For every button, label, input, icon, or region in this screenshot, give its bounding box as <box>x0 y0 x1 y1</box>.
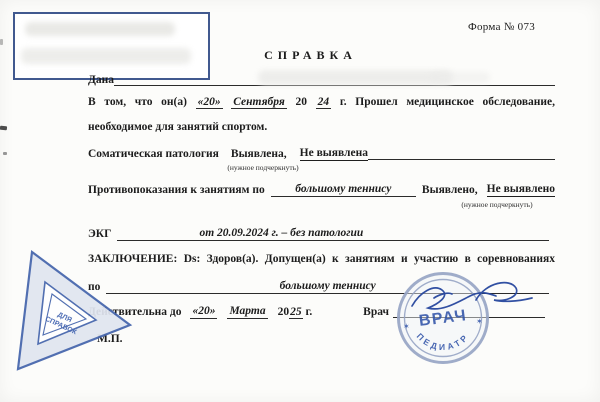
triangle-stamp-for-certificates: ДЛЯ СПРАВОК <box>8 243 143 383</box>
scan-artifact <box>3 152 7 155</box>
sport-blank: большому теннису <box>271 183 416 197</box>
year-printed: 20 <box>295 96 307 108</box>
conclusion-text: Ds: Здоров(а). Допущен(а) к занятиям и у… <box>184 253 555 265</box>
redaction-smudge <box>430 72 490 83</box>
statement-rest: Прошел медицинское обследование, <box>355 96 555 108</box>
somatic-option-not-found: Не выявлена <box>300 147 368 161</box>
validity-day: «20» <box>190 305 217 319</box>
statement-line-2: необходимое для занятий спортом. <box>88 121 555 134</box>
validity-month: Марта <box>227 305 267 319</box>
somatic-option-found: Выявлена, <box>231 148 287 161</box>
medical-certificate-scan: Форма № 073 СПРАВКА Дана В том, что он(а… <box>0 0 600 402</box>
certificate-title: СПРАВКА <box>246 48 370 63</box>
contraindications-row: Противопоказания к занятиям по большому … <box>88 183 555 197</box>
redaction-smudge <box>258 70 453 85</box>
validity-year-printed: 20 <box>278 306 290 318</box>
validity-year-written: 25 <box>289 306 303 319</box>
date-day: «20» <box>196 96 223 109</box>
year-written: 24 <box>316 96 332 109</box>
conclusion-row: ЗАКЛЮЧЕНИЕ: Ds: Здоров(а). Допущен(а) к … <box>88 253 555 266</box>
somatic-blank-line <box>368 149 555 160</box>
doctor-label: Врач <box>363 306 389 319</box>
form-number: Форма № 073 <box>468 21 535 33</box>
underline-note: (нужное подчеркнуть) <box>442 200 552 209</box>
date-month: Сентября <box>231 96 287 109</box>
somatic-label: Соматическая патология <box>88 148 219 161</box>
scan-artifact <box>0 126 7 130</box>
doctor-signature <box>398 272 543 327</box>
somatic-pathology-row: Соматическая патология Выявлена, Не выяв… <box>88 147 555 161</box>
contra-option-not-found: Не выявлено <box>487 183 555 197</box>
ekg-blank: от 20.09.2024 г. – без патологии <box>117 227 549 241</box>
date-year: 20 24 г. <box>295 96 346 109</box>
redaction-smear <box>25 22 175 36</box>
redaction-smear <box>21 48 191 64</box>
statement-prefix: В том, что он(а) <box>88 96 187 108</box>
validity-year: 2025 г. <box>278 306 313 319</box>
given-label: Дана <box>88 74 114 87</box>
contra-option-found: Выявлено, <box>422 184 478 197</box>
scan-artifact <box>0 39 3 45</box>
year-suffix: г. <box>340 96 347 108</box>
underline-note: (нужное подчеркнуть) <box>208 163 318 172</box>
ekg-label: ЭКГ <box>88 228 111 241</box>
conclusion-sport-name: большому теннису <box>280 280 376 292</box>
ekg-result: от 20.09.2024 г. – без патологии <box>199 227 363 239</box>
validity-year-suffix: г. <box>305 306 312 318</box>
contraindications-label: Противопоказания к занятиям по <box>88 184 265 197</box>
sport-name: большому теннису <box>295 183 391 195</box>
clinic-stamp-box <box>13 12 210 80</box>
statement-line-1: В том, что он(а) «20» Сентября 20 24 г. … <box>88 96 555 109</box>
ekg-row: ЭКГ от 20.09.2024 г. – без патологии <box>88 227 555 241</box>
